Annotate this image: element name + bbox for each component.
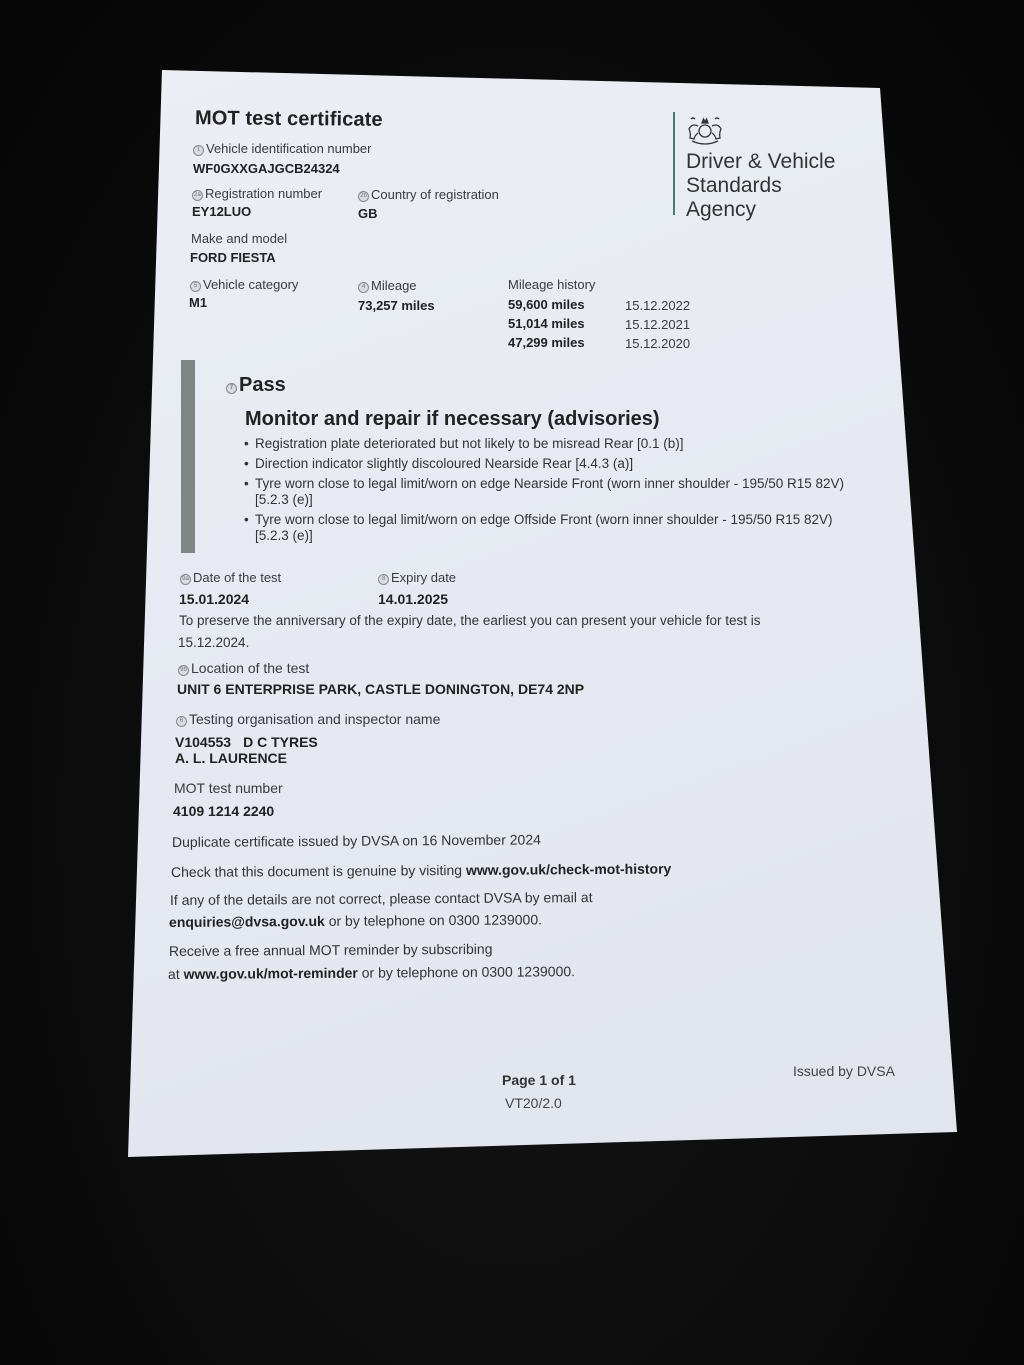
advisory-item: Registration plate deteriorated but not …	[244, 436, 864, 452]
advisory-item: Tyre worn close to legal limit/worn on e…	[244, 476, 864, 508]
mot-reminder-link[interactable]: www.gov.uk/mot-reminder	[184, 965, 358, 982]
contact-note-line-1: If any of the details are not correct, p…	[170, 889, 593, 908]
check-note-text: Check that this document is genuine by v…	[171, 862, 466, 880]
reminder-phone-text: or by telephone on 0300 1239000.	[358, 963, 575, 981]
field-number-badge: 9a	[180, 574, 191, 585]
country-label-text: Country of registration	[371, 187, 499, 202]
mileage-history-date-2: 15.12.2021	[625, 317, 690, 332]
form-code: VT20/2.0	[505, 1095, 562, 1111]
make-model-label: Make and model	[191, 231, 287, 246]
reminder-note-line-1: Receive a free annual MOT reminder by su…	[169, 941, 493, 959]
make-model-value: FORD FIESTA	[190, 250, 276, 265]
contact-note-line-2: enquiries@dvsa.gov.uk or by telephone on…	[169, 911, 542, 930]
registration-label-text: Registration number	[205, 186, 322, 201]
vin-label: 1Vehicle identification number	[193, 141, 372, 156]
field-number-badge: 5	[190, 281, 201, 292]
test-number-label: MOT test number	[174, 780, 283, 796]
mileage-label-text: Mileage	[371, 278, 417, 293]
inspector-name: A. L. LAURENCE	[175, 750, 287, 766]
field-number-badge: 2b	[358, 191, 369, 202]
field-number-badge: 6	[176, 716, 187, 727]
mileage-history-miles-1: 59,600 miles	[508, 297, 585, 312]
expiry-date-label: 8Expiry date	[378, 570, 456, 585]
testing-org-label: 6Testing organisation and inspector name	[176, 711, 440, 727]
country-label: 2bCountry of registration	[358, 187, 499, 202]
page-number: Page 1 of 1	[502, 1072, 576, 1088]
anniversary-note-line-2: 15.12.2024.	[178, 635, 249, 650]
country-value: GB	[358, 206, 378, 221]
mileage-history-miles-3: 47,299 miles	[508, 335, 585, 350]
location-label-text: Location of the test	[191, 660, 309, 676]
field-number-badge: 4	[358, 282, 369, 293]
vin-label-text: Vehicle identification number	[206, 141, 372, 156]
reminder-note-line-2: at www.gov.uk/mot-reminder or by telepho…	[168, 963, 575, 982]
advisories-list: Registration plate deteriorated but not …	[244, 436, 864, 548]
field-number-badge: 2a	[192, 190, 203, 201]
location-label: 9bLocation of the test	[178, 660, 309, 676]
dvsa-email-link[interactable]: enquiries@dvsa.gov.uk	[169, 913, 325, 930]
mileage-value: 73,257 miles	[358, 298, 435, 313]
test-result: 7Pass	[226, 374, 286, 397]
check-note: Check that this document is genuine by v…	[171, 861, 671, 880]
contact-phone-text: or by telephone on 0300 1239000.	[325, 911, 542, 929]
site-id: V104553	[175, 734, 231, 750]
mileage-label: 4Mileage	[358, 278, 417, 293]
test-date-label-text: Date of the test	[193, 570, 281, 585]
testing-org-value: V104553D C TYRES	[175, 734, 318, 750]
category-label: 5Vehicle category	[190, 277, 298, 292]
duplicate-note: Duplicate certificate issued by DVSA on …	[172, 831, 541, 850]
test-result-status: Pass	[239, 374, 286, 396]
reminder-prefix: at	[168, 966, 184, 982]
issued-by: Issued by DVSA	[793, 1063, 895, 1079]
mileage-history-miles-2: 51,014 miles	[508, 316, 585, 331]
registration-value: EY12LUO	[192, 204, 251, 219]
agency-name: Driver & Vehicle Standards Agency	[686, 150, 835, 222]
advisories-heading: Monitor and repair if necessary (advisor…	[245, 408, 660, 431]
location-value: UNIT 6 ENTERPRISE PARK, CASTLE DONINGTON…	[177, 681, 584, 697]
agency-line-3: Agency	[686, 198, 835, 222]
test-number-value: 4109 1214 2240	[173, 803, 274, 819]
agency-line-1: Driver & Vehicle	[686, 150, 835, 174]
anniversary-note-line-1: To preserve the anniversary of the expir…	[179, 613, 761, 628]
royal-coat-of-arms-icon	[684, 114, 726, 146]
test-date-value: 15.01.2024	[179, 591, 249, 607]
advisory-item: Tyre worn close to legal limit/worn on e…	[244, 512, 864, 544]
org-name: D C TYRES	[243, 734, 318, 750]
expiry-date-label-text: Expiry date	[391, 570, 456, 585]
field-number-badge: 7	[226, 383, 237, 394]
mileage-history-label: Mileage history	[508, 277, 595, 292]
mileage-history-date-3: 15.12.2020	[625, 336, 690, 351]
vin-value: WF0GXXGAJGCB24324	[193, 161, 340, 176]
test-date-label: 9aDate of the test	[180, 570, 281, 585]
document-title: MOT test certificate	[195, 107, 383, 132]
check-mot-history-link[interactable]: www.gov.uk/check-mot-history	[466, 861, 671, 878]
category-label-text: Vehicle category	[203, 277, 298, 292]
field-number-badge: 1	[193, 145, 204, 156]
field-number-badge: 8	[378, 574, 389, 585]
category-value: M1	[189, 295, 207, 310]
testing-org-label-text: Testing organisation and inspector name	[189, 711, 440, 727]
registration-label: 2aRegistration number	[192, 186, 322, 201]
advisory-item: Direction indicator slightly discoloured…	[244, 456, 864, 472]
expiry-date-value: 14.01.2025	[378, 591, 448, 607]
agency-line-2: Standards	[686, 174, 835, 198]
mot-certificate: MOT test certificate 1Vehicle identifica…	[0, 0, 1024, 1365]
result-status-bar	[181, 360, 195, 553]
field-number-badge: 9b	[178, 665, 189, 676]
mileage-history-date-1: 15.12.2022	[625, 298, 690, 313]
logo-divider	[673, 112, 675, 215]
